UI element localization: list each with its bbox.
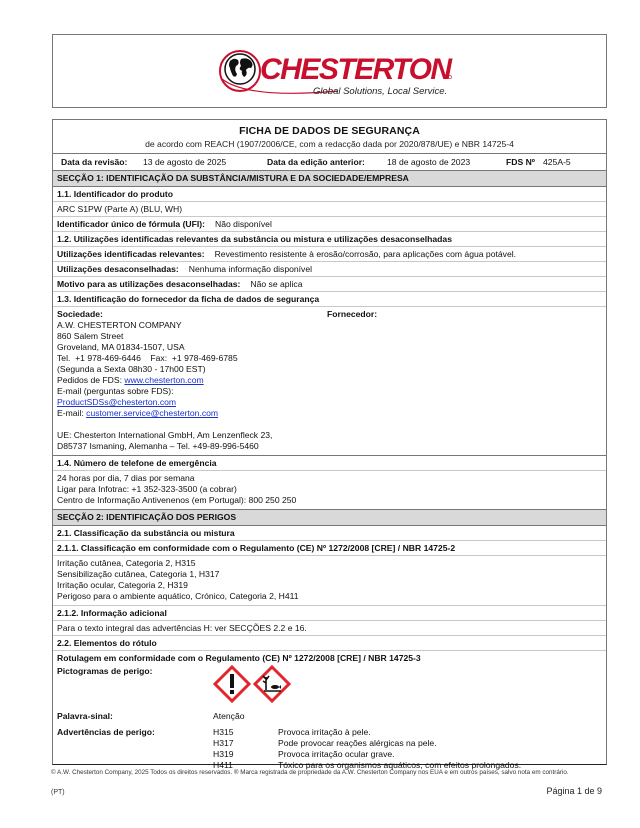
uses-label: Utilizações identificadas relevantes:	[57, 249, 205, 259]
previous-date-value: 18 de agosto de 2023	[387, 154, 470, 170]
email-link[interactable]: customer.service@chesterton.com	[86, 408, 218, 418]
exclamation-mark-icon	[213, 665, 251, 703]
pictograms-row: Pictogramas de perigo:	[53, 665, 606, 705]
revision-date-label: Data da revisão:	[61, 154, 127, 170]
company-street: 860 Salem Street	[57, 331, 602, 342]
environment-icon	[253, 665, 291, 703]
hazard-statements-label: Advertências de perigo:	[57, 727, 155, 738]
hazard-code: H315	[213, 727, 234, 738]
advised-against-label: Utilizações desaconselhadas:	[57, 264, 179, 274]
orders-label: Pedidos de FDS:	[57, 375, 124, 385]
hazard-text: Provoca irritação ocular grave.	[278, 749, 395, 760]
document-subtitle: de acordo com REACH (1907/2006/CE, com a…	[53, 139, 606, 154]
classification-item: Irritação cutânea, Categoria 2, H315	[57, 558, 602, 569]
chesterton-logo: CHESTERTON Global Solutions, Local Servi…	[218, 47, 458, 99]
footer-language: (PT)	[51, 789, 65, 796]
s21-title: 2.1. Classificação da substância ou mist…	[53, 526, 606, 541]
classification-item: Sensibilização cutânea, Categoria 1, H31…	[57, 569, 602, 580]
company-phone: Tel. +1 978-469-6446 Fax: +1 978-469-678…	[57, 353, 602, 364]
ufi-row: Identificador único de fórmula (UFI):Não…	[53, 217, 606, 232]
sds-number-value: 425A-5	[543, 154, 571, 170]
emergency-line: Centro de Informação Antivenenos (em Por…	[57, 495, 602, 506]
uses-row: Utilizações identificadas relevantes:Rev…	[53, 247, 606, 262]
ufi-value: Não disponível	[215, 219, 272, 229]
s11-title: 1.1. Identificador do produto	[53, 187, 606, 202]
hazard-text: Pode provocar reações alérgicas na pele.	[278, 738, 437, 749]
signal-word-row: Palavra-sinal: Atenção	[53, 711, 606, 722]
orders-link[interactable]: www.chesterton.com	[124, 375, 203, 385]
emergency-line: 24 horas por dia, 7 dias por semana	[57, 473, 602, 484]
email-questions-label: E-mail (perguntas sobre FDS):	[57, 386, 602, 397]
dates-row: Data da revisão: 13 de agosto de 2025 Da…	[53, 154, 606, 171]
email-label: E-mail:	[57, 408, 86, 418]
signal-word-label: Palavra-sinal:	[57, 711, 113, 722]
reason-label: Motivo para as utilizações desaconselhad…	[57, 279, 240, 289]
eu-address-line2: D85737 Ismaning, Alemanha – Tel. +49-89-…	[57, 441, 602, 452]
s12-title: 1.2. Utilizações identificadas relevante…	[53, 232, 606, 247]
reason-value: Não se aplica	[250, 279, 302, 289]
s22-title: 2.2. Elementos do rótulo	[53, 636, 606, 651]
pictograms-label: Pictogramas de perigo:	[57, 666, 153, 676]
s212-title: 2.1.2. Informação adicional	[53, 606, 606, 621]
eu-address-line1: UE: Chesterton International GmbH, Am Le…	[57, 430, 602, 441]
s13-title: 1.3. Identificação do fornecedor da fich…	[53, 292, 606, 307]
labelling-title: Rotulagem em conformidade com o Regulame…	[53, 651, 606, 665]
emergency-block: 24 horas por dia, 7 dias por semana Liga…	[53, 471, 606, 510]
svg-text:CHESTERTON: CHESTERTON	[260, 53, 453, 86]
hazard-code: H319	[213, 749, 234, 760]
sds-number-label: FDS Nº	[506, 154, 535, 170]
orders-line: Pedidos de FDS: www.chesterton.com	[57, 375, 602, 386]
advised-against-value: Nenhuma informação disponível	[189, 264, 312, 274]
logo-header: CHESTERTON Global Solutions, Local Servi…	[52, 34, 607, 108]
previous-date-label: Data da edição anterior:	[267, 154, 365, 170]
section-1-header: SECÇÃO 1: IDENTIFICAÇÃO DA SUBSTÂNCIA/MI…	[53, 171, 606, 187]
hazard-text: Provoca irritação à pele.	[278, 727, 371, 738]
revision-date-value: 13 de agosto de 2025	[143, 154, 226, 170]
company-city: Groveland, MA 01834-1507, USA	[57, 342, 602, 353]
hazard-statement-row: H319 Provoca irritação ocular grave.	[53, 749, 606, 760]
supplier-block: Sociedade: Fornecedor: A.W. CHESTERTON C…	[53, 307, 606, 456]
document-title: FICHA DE DADOS DE SEGURANÇA	[53, 125, 606, 137]
page-number: Página 1 de 9	[546, 786, 602, 796]
company-hours: (Segunda a Sexta 08h30 - 17h00 EST)	[57, 364, 602, 375]
hazard-statement-row: Advertências de perigo: H315 Provoca irr…	[53, 727, 606, 738]
classification-item: Perigoso para o ambiente aquático, Cróni…	[57, 591, 602, 602]
email-questions-link[interactable]: ProductSDSs@chesterton.com	[57, 397, 176, 407]
advised-against-row: Utilizações desaconselhadas:Nenhuma info…	[53, 262, 606, 277]
supplier-label: Fornecedor:	[327, 309, 377, 320]
svg-text:Global Solutions, Local Servic: Global Solutions, Local Service.	[313, 86, 447, 97]
uses-value: Revestimento resistente à erosão/corrosã…	[215, 249, 516, 259]
additional-info: Para o texto integral das advertências H…	[53, 621, 606, 636]
ufi-label: Identificador único de fórmula (UFI):	[57, 219, 205, 229]
sds-document: FICHA DE DADOS DE SEGURANÇA de acordo co…	[52, 119, 607, 765]
classification-item: Irritação ocular, Categoria 2, H319	[57, 580, 602, 591]
product-identifier: ARC S1PW (Parte A) (BLU, WH)	[53, 202, 606, 217]
classification-list: Irritação cutânea, Categoria 2, H315 Sen…	[53, 556, 606, 606]
hazard-code: H317	[213, 738, 234, 749]
emergency-line: Ligar para Infotrac: +1 352-323-3500 (a …	[57, 484, 602, 495]
section-2-header: SECÇÃO 2: IDENTIFICAÇÃO DOS PERIGOS	[53, 510, 606, 526]
s211-title: 2.1.1. Classificação em conformidade com…	[53, 541, 606, 556]
s14-title: 1.4. Número de telefone de emergência	[53, 456, 606, 471]
signal-word-value: Atenção	[213, 711, 245, 722]
footer-copyright: © A.W. Chesterton Company, 2025 Todos os…	[51, 769, 611, 777]
company-name: A.W. CHESTERTON COMPANY	[57, 320, 602, 331]
hazard-statement-row: H317 Pode provocar reações alérgicas na …	[53, 738, 606, 749]
email-line: E-mail: customer.service@chesterton.com	[57, 408, 602, 419]
reason-row: Motivo para as utilizações desaconselhad…	[53, 277, 606, 292]
